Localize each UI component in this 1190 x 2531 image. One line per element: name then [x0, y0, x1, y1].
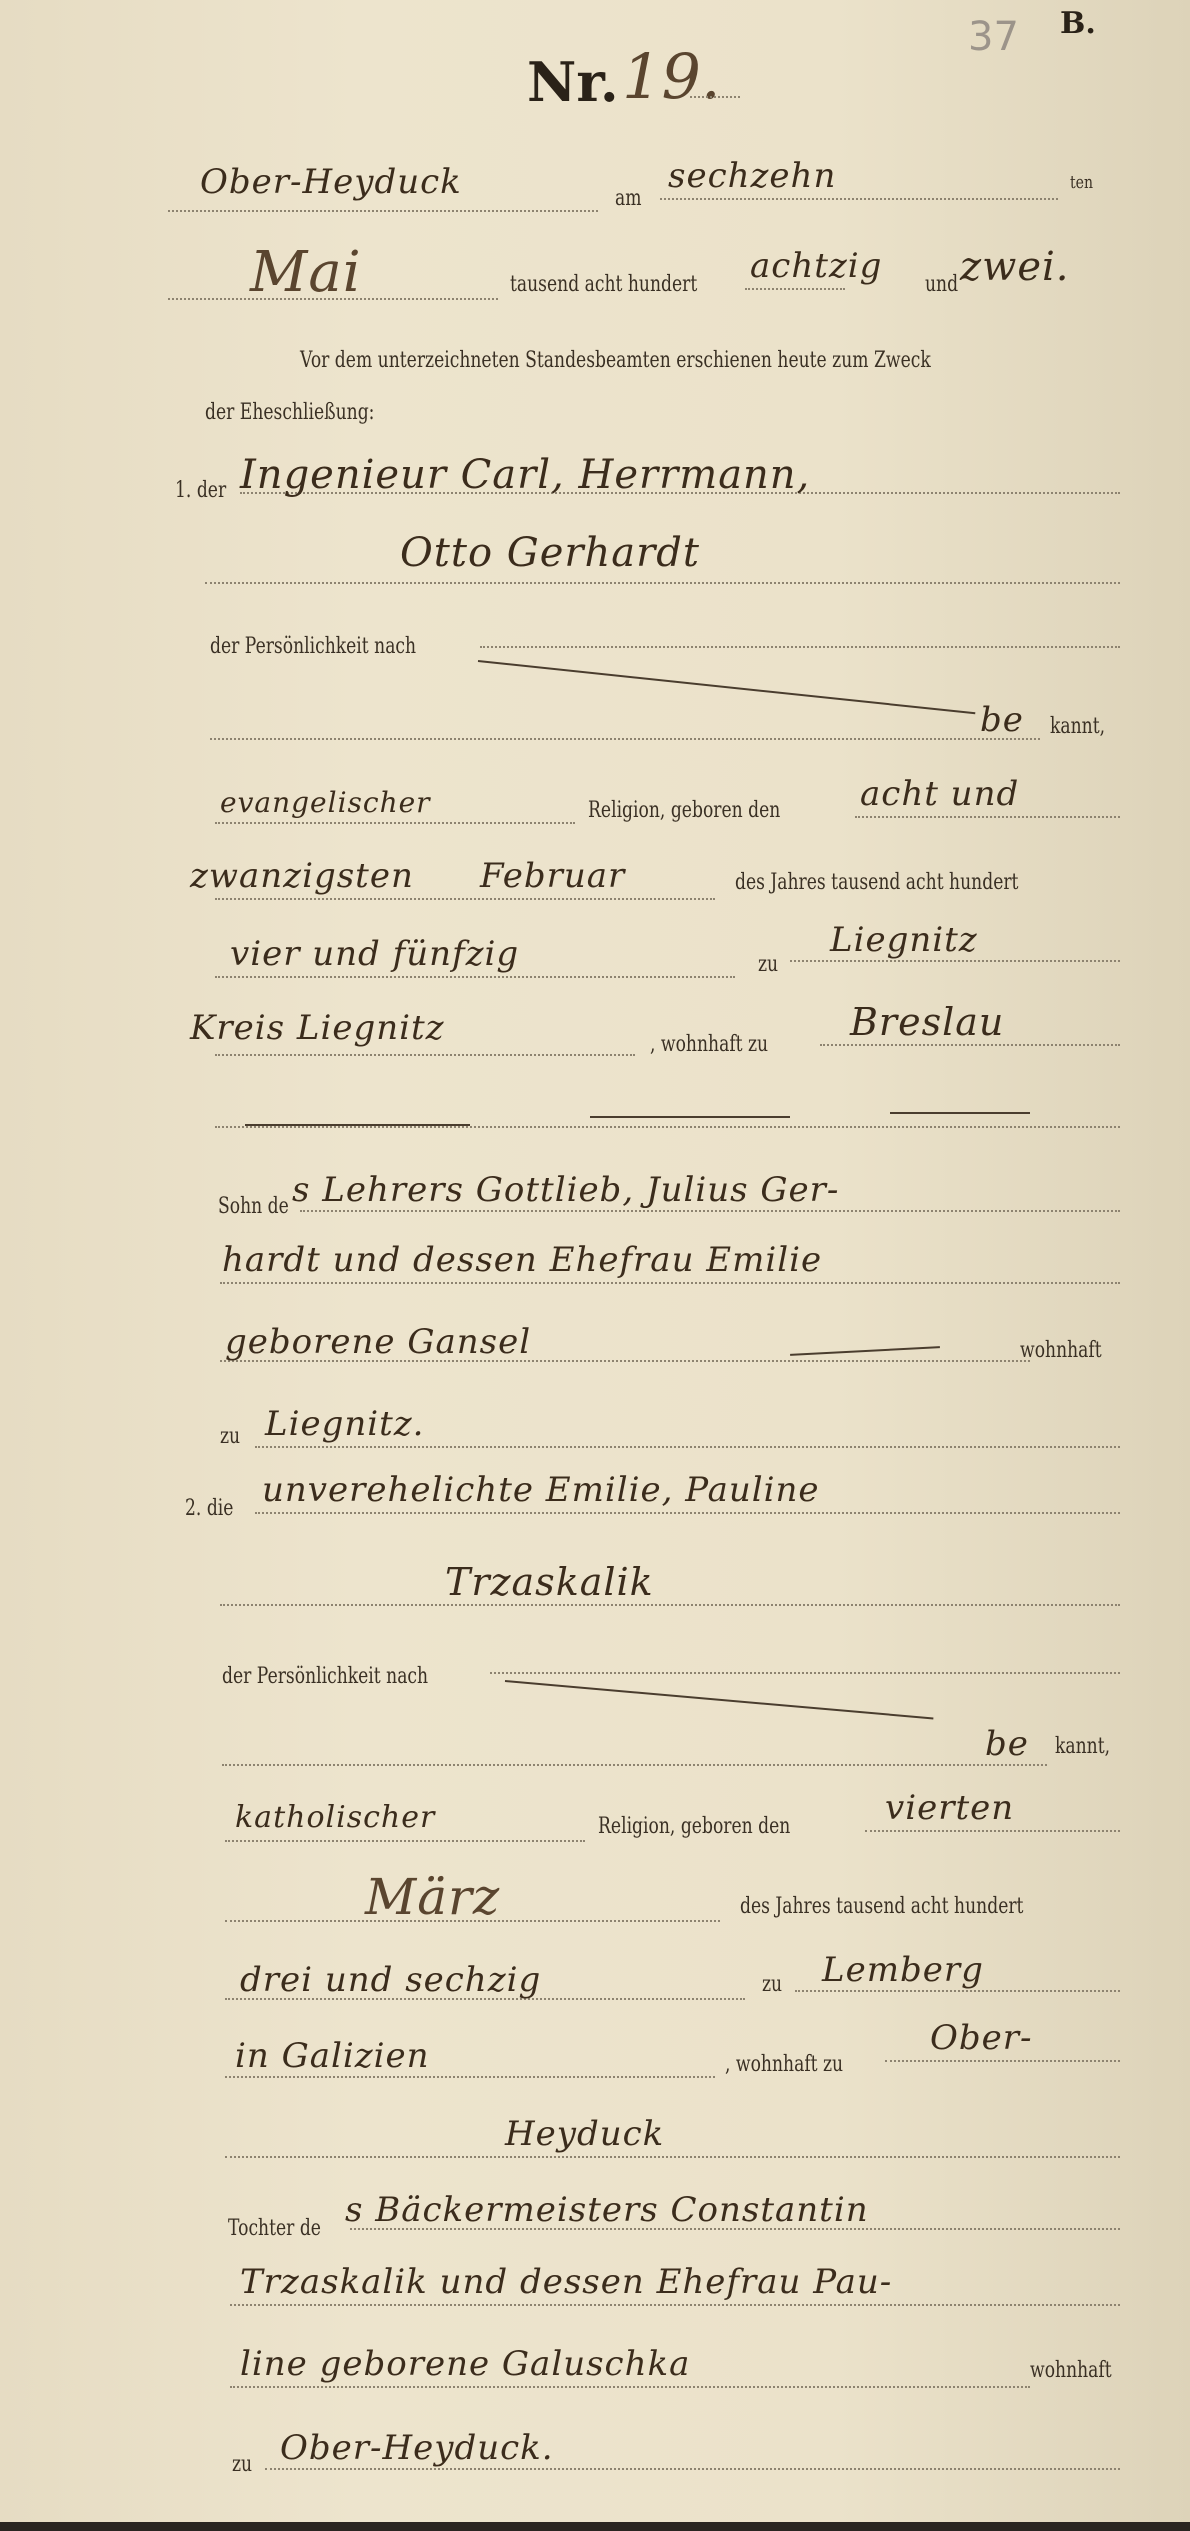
groom-residence: Breslau: [850, 1000, 1004, 1044]
bride-identity-label: der Persönlichkeit nach: [222, 1664, 428, 1689]
bride-parents-wohnhaft: wohnhaft: [1030, 2358, 1112, 2383]
bride-name-line-1: [255, 1512, 1120, 1514]
bride-birth-place-2: in Galizien: [235, 2036, 430, 2076]
ten-suffix: ten: [1070, 172, 1093, 193]
bride-birth-year: drei und sechzig: [240, 1960, 541, 2000]
record-number-line: [690, 96, 740, 98]
bride-birth-place-line: [795, 1990, 1120, 1992]
groom-birth-place: Liegnitz: [830, 920, 978, 960]
bride-residence-1: Ober-: [930, 2018, 1033, 2058]
bride-identity-line-1: [490, 1672, 1120, 1674]
groom-birth-year-line: [215, 976, 735, 978]
groom-parents-residence-line: [255, 1446, 1120, 1448]
groom-blank-strike-3: [890, 1112, 1030, 1114]
groom-parents-residence: Liegnitz.: [265, 1404, 425, 1444]
intro-line-2: der Eheschließung:: [205, 400, 374, 425]
bride-parents-label: Tochter de: [228, 2216, 321, 2241]
groom-religion-label: Religion, geboren den: [588, 798, 780, 823]
bride-name-2: Trzaskalik: [445, 1560, 654, 1604]
groom-religion: evangelischer: [220, 786, 431, 819]
groom-name-line-2: [205, 582, 1120, 584]
bride-parents-3: line geborene Galuschka: [240, 2344, 690, 2384]
groom-religion-line: [215, 822, 575, 824]
am-label: am: [615, 186, 642, 211]
groom-birth-year: vier und fünfzig: [230, 934, 519, 974]
groom-blank-strike-2: [590, 1116, 790, 1118]
place-line: [168, 210, 598, 212]
bride-zu-label: zu: [762, 1972, 782, 1997]
bride-religion-label: Religion, geboren den: [598, 1814, 790, 1839]
groom-name-2: Otto Gerhardt: [400, 530, 700, 576]
groom-identity-value: be: [980, 700, 1024, 740]
groom-identity-strike: [478, 660, 975, 714]
groom-blank-line: [215, 1126, 1120, 1128]
bride-parents-residence-line: [265, 2468, 1120, 2470]
bride-identity-suffix: kannt,: [1055, 1734, 1110, 1759]
bride-identity-line-2: [222, 1764, 1047, 1766]
groom-residence-line: [820, 1044, 1120, 1046]
groom-parents-wohnhaft: wohnhaft: [1020, 1338, 1102, 1363]
form-letter: B.: [1060, 6, 1096, 41]
groom-parents-3: geborene Gansel: [225, 1322, 531, 1362]
groom-name-1: Ingenieur Carl, Herrmann,: [240, 452, 810, 498]
groom-number-label: 1. der: [175, 478, 226, 503]
groom-zu-label: zu: [758, 952, 778, 977]
groom-parents-line-2: [220, 1282, 1120, 1284]
intro-line-1: Vor dem unterzeichneten Standesbeamten e…: [300, 348, 931, 373]
groom-parents-2: hardt und dessen Ehefrau Emilie: [222, 1240, 822, 1280]
bride-birth-month: März: [365, 1868, 500, 1926]
unit-value: zwei.: [960, 244, 1070, 290]
bride-name-line-2: [220, 1604, 1120, 1606]
day-line: [660, 198, 1058, 200]
groom-birthday-line-1: [855, 816, 1120, 818]
bride-parents-zu: zu: [232, 2452, 252, 2477]
place-value: Ober-Heyduck: [200, 162, 462, 202]
groom-birthday-line-2: [215, 898, 715, 900]
bride-birth-place: Lemberg: [822, 1950, 984, 1990]
register-page: 37 B. Nr. 19. Ober-Heyduck am sechzehn t…: [0, 0, 1190, 2522]
bride-parents-line-3: [230, 2386, 1030, 2388]
groom-birthday-2: zwanzigsten: [190, 856, 414, 896]
bride-name-1: unverehelichte Emilie, Pauline: [262, 1470, 820, 1510]
bride-parents-residence: Ober-Heyduck.: [280, 2428, 554, 2468]
groom-parents-line-1: [300, 1210, 1120, 1212]
groom-parents-zu: zu: [220, 1424, 240, 1449]
bride-residence-line-1: [885, 2060, 1120, 2062]
decade-line: [745, 288, 845, 290]
page-bottom-edge: [0, 2522, 1190, 2531]
year-prefix: tausend acht hundert: [510, 272, 697, 297]
groom-identity-suffix: kannt,: [1050, 714, 1105, 739]
bride-birthday: vierten: [885, 1788, 1014, 1828]
groom-birthday-1: acht und: [860, 774, 1019, 814]
groom-birth-place-line: [790, 960, 1120, 962]
groom-identity-label: der Persönlichkeit nach: [210, 634, 416, 659]
bride-identity-value: be: [985, 1724, 1029, 1764]
record-number-value: 19.: [622, 40, 721, 113]
groom-residence-label: , wohnhaft zu: [650, 1032, 768, 1057]
pencil-page-number: 37: [968, 14, 1019, 60]
record-number-label: Nr.: [527, 50, 619, 114]
groom-blank-strike-1: [245, 1124, 470, 1126]
groom-parents-label: Sohn de: [218, 1194, 289, 1219]
bride-residence-label: , wohnhaft zu: [725, 2052, 843, 2077]
bride-religion-line: [225, 1840, 585, 1842]
bride-residence-2: Heyduck: [505, 2114, 664, 2154]
groom-year-label: des Jahres tausend acht hundert: [735, 870, 1018, 895]
groom-birth-place-2: Kreis Liegnitz: [190, 1008, 445, 1048]
bride-parents-line-2: [230, 2304, 1120, 2306]
groom-identity-line-2: [210, 738, 1040, 740]
decade-value: achtzig: [750, 246, 882, 286]
bride-residence-line-2: [225, 2156, 1120, 2158]
groom-parents-strike: [790, 1346, 940, 1356]
bride-birthday-line: [865, 1830, 1120, 1832]
groom-birth-month: Februar: [480, 856, 625, 896]
bride-parents-2: Trzaskalik und dessen Ehefrau Pau-: [240, 2262, 892, 2302]
groom-identity-line-1: [480, 646, 1120, 648]
groom-parents-1: s Lehrers Gottlieb, Julius Ger-: [292, 1170, 839, 1210]
month-value: Mai: [250, 240, 362, 305]
bride-identity-strike: [505, 1680, 934, 1719]
bride-number-label: 2. die: [185, 1496, 233, 1521]
bride-religion: katholischer: [235, 1800, 435, 1835]
bride-year-label: des Jahres tausend acht hundert: [740, 1894, 1023, 1919]
groom-birth-place-line-2: [215, 1054, 635, 1056]
und-label: und: [925, 272, 958, 297]
bride-parents-1: s Bäckermeisters Constantin: [345, 2190, 869, 2230]
bride-birth-place-line-2: [225, 2076, 715, 2078]
day-value: sechzehn: [668, 156, 836, 196]
